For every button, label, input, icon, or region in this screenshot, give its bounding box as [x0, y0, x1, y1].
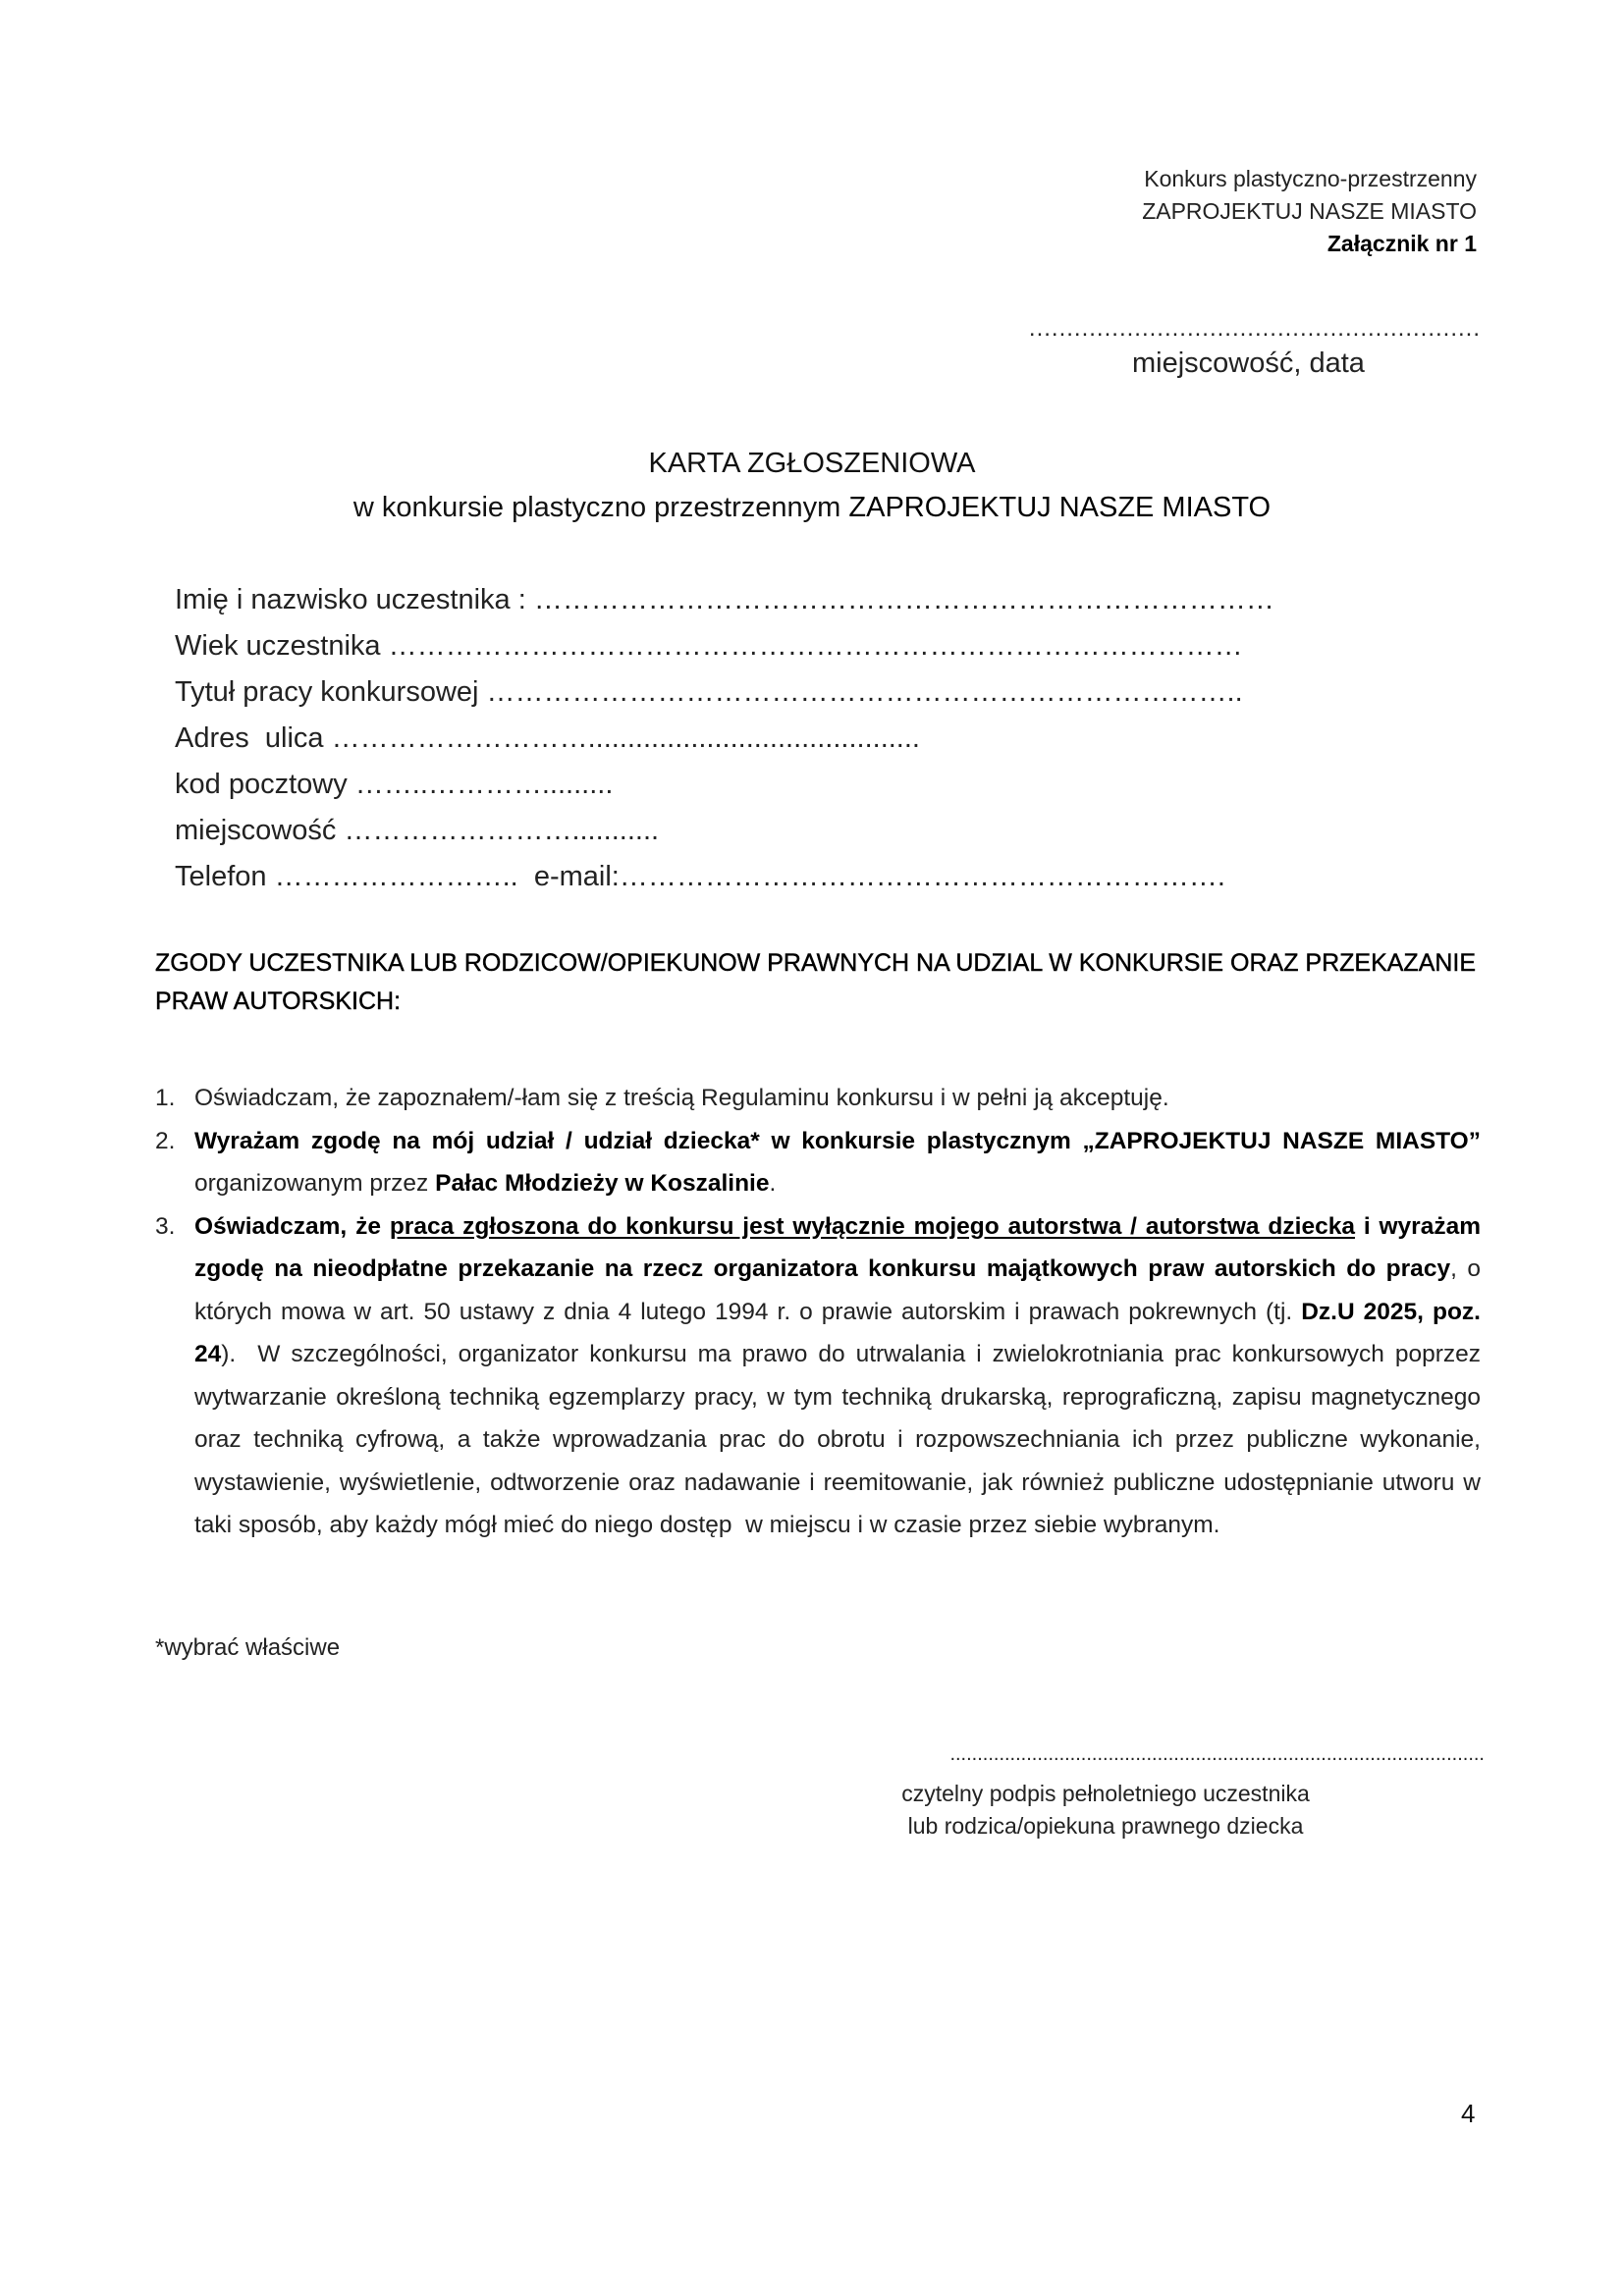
form-subtitle-contest-name: ZAPROJEKTUJ NASZE MIASTO [848, 492, 1271, 523]
signature-caption: czytelny podpis pełnoletniego uczestnika… [693, 1778, 1518, 1842]
field-phone-email[interactable]: Telefon …………………….. e-mail:……………………………………… [175, 854, 1274, 900]
place-date-dotted-line: ........................................… [978, 314, 1481, 344]
field-email-label: e-mail: [518, 861, 620, 892]
consent-item-number: 1. [155, 1077, 175, 1120]
consent-item-underlined-text: praca zgłoszona do konkursu jest wyłączn… [390, 1213, 1355, 1240]
header-contest-type: Konkurs plastyczno-przestrzenny [1142, 163, 1477, 195]
footnote: *wybrać właściwe [155, 1633, 340, 1663]
form-title: KARTA ZGŁOSZENIOWA [0, 442, 1624, 486]
form-subtitle: w konkursie plastyczno przestrzennym ZAP… [0, 486, 1624, 530]
signature-caption-line-2: lub rodzica/opiekuna prawnego dziecka [693, 1810, 1518, 1842]
field-age[interactable]: Wiek uczestnika ………………………………………………………………… [175, 623, 1274, 669]
consent-item-text: organizowanym przez [194, 1170, 435, 1197]
field-work-title[interactable]: Tytuł pracy konkursowej …………………………………………… [175, 669, 1274, 716]
field-postal-code-label: kod pocztowy [175, 769, 355, 800]
field-street-dots: ………………………...............................… [332, 722, 920, 754]
consent-item-3: 3. Oświadczam, że praca zgłoszona do kon… [155, 1205, 1481, 1547]
field-postal-code-dots: ……..…………......... [355, 769, 614, 800]
page-number: 4 [1461, 2099, 1475, 2129]
field-postal-code[interactable]: kod pocztowy ……..…………......... [175, 762, 1274, 808]
consent-item-text-end: . [770, 1170, 777, 1197]
field-phone-label: Telefon [175, 861, 275, 892]
field-email-dots: ………………………………………………………. [620, 861, 1225, 892]
field-age-label: Wiek uczestnika [175, 630, 389, 662]
field-phone-dots: …………………….. [275, 861, 518, 892]
consents-list: 1. Oświadczam, że zapoznałem/-łam się z … [155, 1077, 1481, 1547]
field-city-dots: ……………………........... [344, 815, 659, 846]
field-name-dots: …………………………………………………………………… [534, 584, 1274, 615]
consent-item-bold-text: Oświadczam, że [194, 1213, 390, 1240]
field-name[interactable]: Imię i nazwisko uczestnika : ……………………………… [175, 577, 1274, 623]
signature-field: ........................................… [660, 1742, 1485, 1842]
signature-dotted-line: ........................................… [660, 1742, 1485, 1766]
document-header: Konkurs plastyczno-przestrzenny ZAPROJEK… [1142, 163, 1477, 260]
header-attachment-number: Załącznik nr 1 [1142, 228, 1477, 260]
field-work-title-label: Tytuł pracy konkursowej [175, 676, 487, 708]
consent-item-text: Oświadczam, że zapoznałem/-łam się z tre… [194, 1085, 1169, 1111]
consent-item-bold-text: Wyrażam zgodę na mój udział / udział dzi… [194, 1120, 1481, 1163]
field-age-dots: ……………………………………………………………………………… [389, 630, 1243, 662]
consents-heading: ZGODY UCZESTNIKA LUB RODZICOW/OPIEKUNOW … [155, 944, 1481, 1021]
form-subtitle-prefix: w konkursie plastyczno przestrzennym [353, 492, 848, 523]
field-name-label: Imię i nazwisko uczestnika : [175, 584, 534, 615]
field-street[interactable]: Adres ulica ………………………...................… [175, 716, 1274, 762]
consent-item-number: 2. [155, 1120, 175, 1163]
document-page: Konkurs plastyczno-przestrzenny ZAPROJEK… [0, 0, 1624, 2296]
field-city-label: miejscowość [175, 815, 344, 846]
consent-item-number: 3. [155, 1205, 175, 1249]
signature-caption-line-1: czytelny podpis pełnoletniego uczestnika [693, 1778, 1518, 1810]
form-title-block: KARTA ZGŁOSZENIOWA w konkursie plastyczn… [0, 442, 1624, 530]
header-contest-name: ZAPROJEKTUJ NASZE MIASTO [1142, 195, 1477, 228]
consent-item-1: 1. Oświadczam, że zapoznałem/-łam się z … [155, 1077, 1481, 1120]
field-city[interactable]: miejscowość ……………………........... [175, 808, 1274, 854]
place-date-field: ........................................… [978, 314, 1481, 383]
field-street-label: Adres ulica [175, 722, 332, 754]
participant-fields: Imię i nazwisko uczestnika : ……………………………… [175, 577, 1274, 900]
organizer-name: Pałac Młodzieży w Koszalinie [435, 1170, 769, 1197]
field-work-title-dots: …………………………………………………………………….. [487, 676, 1243, 708]
consent-item-text-2: ). W szczególności, organizator konkursu… [194, 1341, 1488, 1538]
consent-item-2: 2. Wyrażam zgodę na mój udział / udział … [155, 1120, 1481, 1205]
place-date-label: miejscowość, data [1132, 344, 1624, 383]
